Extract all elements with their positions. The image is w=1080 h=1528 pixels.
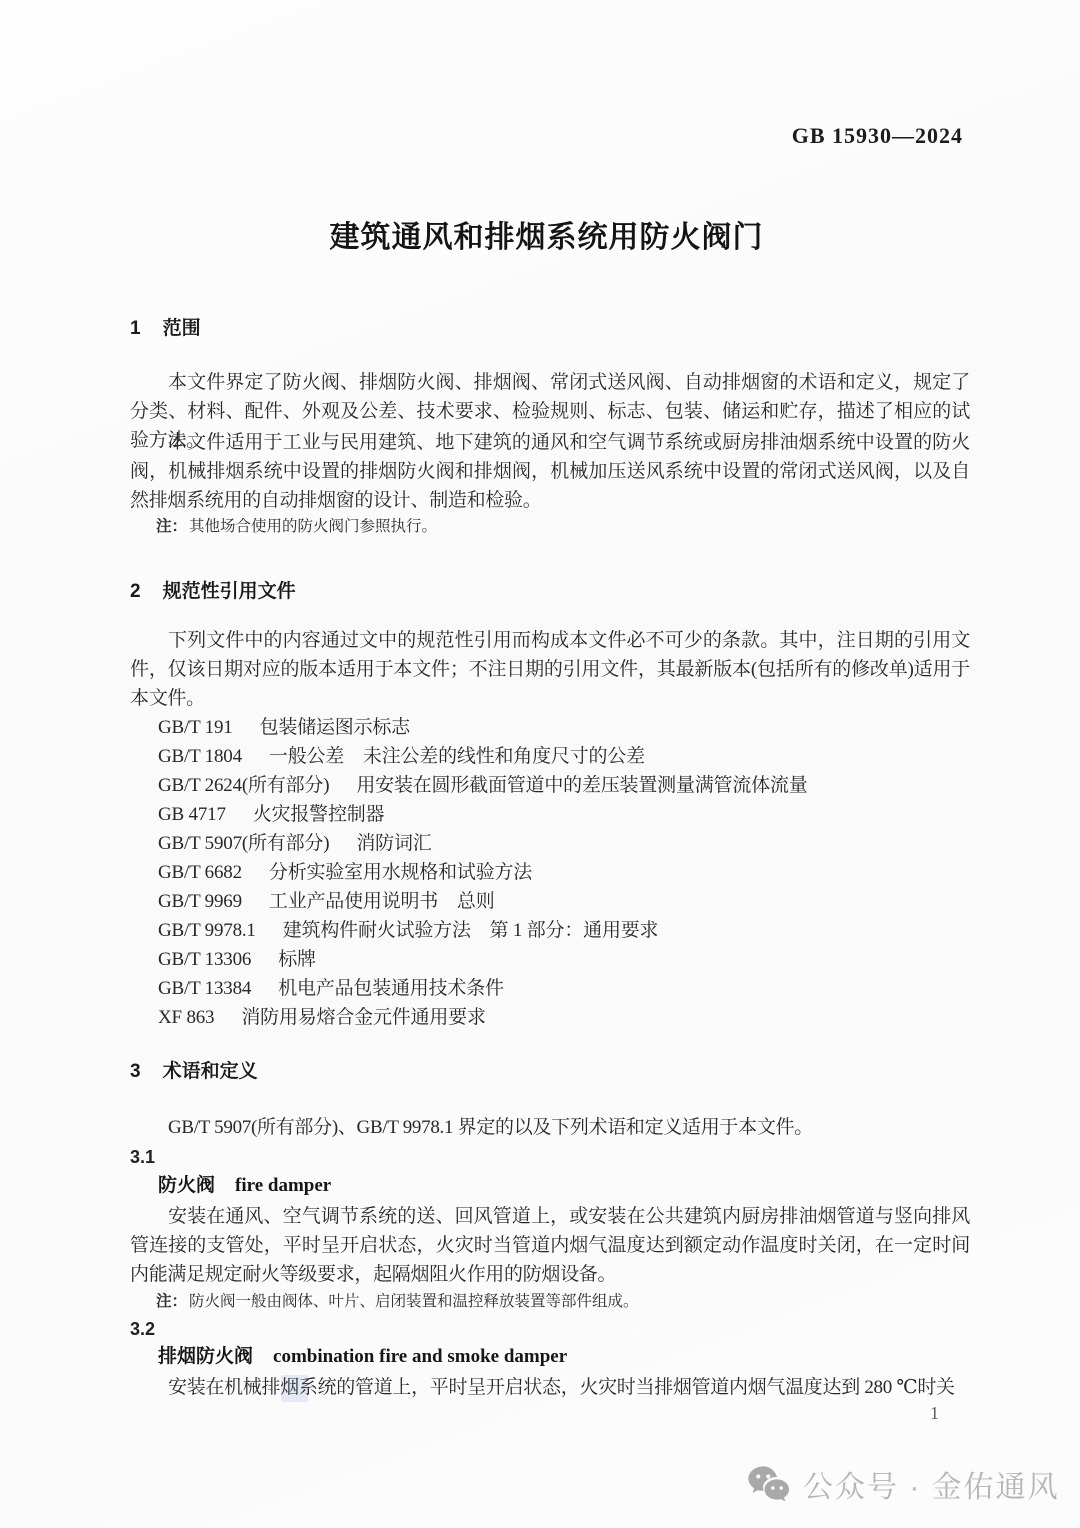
clause-3-1-number: 3.1 bbox=[130, 1143, 155, 1171]
section-3-heading: 3 术语和定义 bbox=[130, 1058, 258, 1086]
section-2-number: 2 bbox=[130, 578, 141, 606]
reference-title: 标牌 bbox=[278, 945, 316, 974]
wechat-icon bbox=[746, 1465, 792, 1503]
reference-title: 机电产品包装通用技术条件 bbox=[278, 974, 504, 1003]
reference-item: XF 863 消防用易熔合金元件通用要求 bbox=[158, 1003, 808, 1032]
section-3-intro: GB/T 5907(所有部分)、GB/T 9978.1 界定的以及下列术语和定义… bbox=[130, 1113, 970, 1142]
reference-code: GB/T 13306 bbox=[158, 945, 251, 974]
reference-title: 分析实验室用水规格和试验方法 bbox=[269, 858, 532, 887]
section-1-note: 注：其他场合使用的防火阀门参照执行。 bbox=[156, 514, 437, 539]
references-list: GB/T 191 包装储运图示标志 GB/T 1804 一般公差 未注公差的线性… bbox=[158, 713, 808, 1032]
reference-code: GB/T 191 bbox=[158, 713, 233, 742]
section-1-heading: 1 范围 bbox=[130, 315, 201, 343]
reference-item: GB/T 13306 标牌 bbox=[158, 945, 808, 974]
note-label: 注： bbox=[156, 1293, 187, 1310]
reference-item: GB/T 6682 分析实验室用水规格和试验方法 bbox=[158, 858, 808, 887]
term-3-1-english: fire damper bbox=[235, 1172, 331, 1200]
watermark: 公众号 · 金佑通风 bbox=[746, 1462, 1060, 1506]
reference-code: GB 4717 bbox=[158, 800, 226, 829]
reference-item: GB/T 5907(所有部分) 消防词汇 bbox=[158, 829, 808, 858]
reference-item: GB/T 2624(所有部分) 用安装在圆形截面管道中的差压装置测量满管流体流量 bbox=[158, 771, 808, 800]
reference-title: 火灾报警控制器 bbox=[253, 800, 385, 829]
note-text: 其他场合使用的防火阀门参照执行。 bbox=[189, 518, 437, 535]
reference-code: GB/T 5907(所有部分) bbox=[158, 829, 329, 858]
section-2-intro: 下列文件中的内容通过文中的规范性引用而构成本文件必不可少的条款。其中，注日期的引… bbox=[130, 626, 970, 713]
reference-title: 包装储运图示标志 bbox=[260, 713, 410, 742]
note-label: 注： bbox=[156, 518, 187, 535]
section-2-heading: 2 规范性引用文件 bbox=[130, 578, 296, 606]
reference-item: GB/T 13384 机电产品包装通用技术条件 bbox=[158, 974, 808, 1003]
reference-title: 消防词汇 bbox=[356, 829, 431, 858]
reference-code: XF 863 bbox=[158, 1003, 214, 1032]
reference-code: GB/T 9978.1 bbox=[158, 916, 256, 945]
term-3-1-note: 注：防火阀一般由阀体、叶片、启闭装置和温控释放装置等部件组成。 bbox=[156, 1289, 639, 1314]
section-1-number: 1 bbox=[130, 315, 141, 343]
standard-code: GB 15930—2024 bbox=[792, 123, 963, 149]
reference-code: GB/T 13384 bbox=[158, 974, 251, 1003]
reference-item: GB/T 1804 一般公差 未注公差的线性和角度尺寸的公差 bbox=[158, 742, 808, 771]
section-3-number: 3 bbox=[130, 1058, 141, 1086]
reference-title: 消防用易熔合金元件通用要求 bbox=[241, 1003, 485, 1032]
reference-code: GB/T 2624(所有部分) bbox=[158, 771, 329, 800]
reference-item: GB/T 9969 工业产品使用说明书 总则 bbox=[158, 887, 808, 916]
section-1-title: 范围 bbox=[163, 315, 201, 343]
term-3-1-definition: 安装在通风、空气调节系统的送、回风管道上，或安装在公共建筑内厨房排油烟管道与竖向… bbox=[130, 1202, 970, 1289]
reference-title: 用安装在圆形截面管道中的差压装置测量满管流体流量 bbox=[356, 771, 807, 800]
document-title: 建筑通风和排烟系统用防火阀门 bbox=[130, 221, 963, 255]
clause-3-2-number: 3.2 bbox=[130, 1315, 155, 1343]
reference-item: GB/T 9978.1 建筑构件耐火试验方法 第 1 部分：通用要求 bbox=[158, 916, 808, 945]
reference-item: GB/T 191 包装储运图示标志 bbox=[158, 713, 808, 742]
section-1-paragraph-2: 本文件适用于工业与民用建筑、地下建筑的通风和空气调节系统或厨房排油烟系统中设置的… bbox=[130, 428, 970, 515]
watermark-text: 公众号 · 金佑通风 bbox=[803, 1462, 1060, 1506]
section-3-title: 术语和定义 bbox=[163, 1058, 258, 1086]
reference-title: 建筑构件耐火试验方法 第 1 部分：通用要求 bbox=[283, 916, 659, 945]
page-number: 1 bbox=[930, 1403, 939, 1424]
term-3-2-definition: 安装在机械排烟系统的管道上，平时呈开启状态，火灾时当排烟管道内烟气温度达到 28… bbox=[130, 1373, 970, 1402]
reference-code: GB/T 1804 bbox=[158, 742, 242, 771]
term-3-1-chinese: 防火阀 bbox=[158, 1172, 215, 1200]
term-3-1: 防火阀 fire damper bbox=[158, 1172, 331, 1200]
note-text: 防火阀一般由阀体、叶片、启闭装置和温控释放装置等部件组成。 bbox=[189, 1293, 639, 1310]
reference-code: GB/T 9969 bbox=[158, 887, 242, 916]
term-3-2-chinese: 排烟防火阀 bbox=[158, 1343, 253, 1371]
term-3-2-english: combination fire and smoke damper bbox=[273, 1343, 567, 1371]
reference-title: 一般公差 未注公差的线性和角度尺寸的公差 bbox=[269, 742, 645, 771]
section-2-title: 规范性引用文件 bbox=[163, 578, 296, 606]
reference-title: 工业产品使用说明书 总则 bbox=[269, 887, 495, 916]
reference-code: GB/T 6682 bbox=[158, 858, 242, 887]
reference-item: GB 4717 火灾报警控制器 bbox=[158, 800, 808, 829]
term-3-2: 排烟防火阀 combination fire and smoke damper bbox=[158, 1343, 567, 1371]
document-page: GB 15930—2024 建筑通风和排烟系统用防火阀门 1 范围 本文件界定了… bbox=[0, 0, 1080, 1528]
